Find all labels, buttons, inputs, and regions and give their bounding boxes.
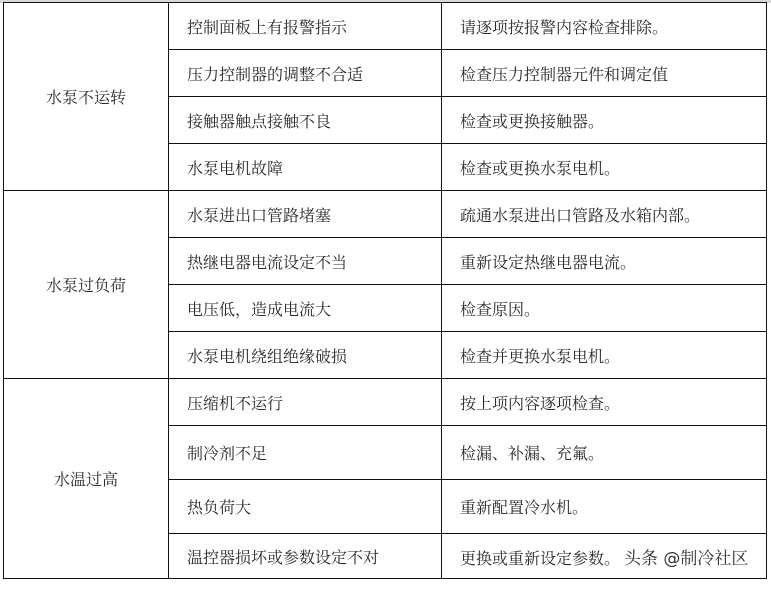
solution-cell: 按上项内容逐项检查。 xyxy=(442,379,767,426)
table-row: 水泵不运转 控制面板上有报警指示 请逐项按报警内容检查排除。 xyxy=(4,3,767,50)
cause-cell: 水泵电机故障 xyxy=(169,144,442,191)
cause-cell: 压缩机不运行 xyxy=(169,379,442,426)
solution-cell: 检查原因。 xyxy=(442,285,767,332)
solution-cell: 更换或重新设定参数。头条 @制冷社区 xyxy=(442,534,767,579)
cause-cell: 电压低，造成电流大 xyxy=(169,285,442,332)
cause-cell: 热继电器电流设定不当 xyxy=(169,238,442,285)
solution-cell: 疏通水泵进出口管路及水箱内部。 xyxy=(442,191,767,238)
cause-cell: 温控器损坏或参数设定不对 xyxy=(169,534,442,579)
table-row: 水温过高 压缩机不运行 按上项内容逐项检查。 xyxy=(4,379,767,426)
category-cell: 水泵不运转 xyxy=(4,3,169,191)
solution-text: 更换或重新设定参数。 xyxy=(460,549,620,568)
solution-cell: 检查并更换水泵电机。 xyxy=(442,332,767,379)
table-row: 水泵过负荷 水泵进出口管路堵塞 疏通水泵进出口管路及水箱内部。 xyxy=(4,191,767,238)
solution-cell: 请逐项按报警内容检查排除。 xyxy=(442,3,767,50)
cause-cell: 接触器触点接触不良 xyxy=(169,97,442,144)
cause-cell: 水泵进出口管路堵塞 xyxy=(169,191,442,238)
category-cell: 水泵过负荷 xyxy=(4,191,169,379)
solution-cell: 检查压力控制器元件和调定值 xyxy=(442,50,767,97)
solution-cell: 重新设定热继电器电流。 xyxy=(442,238,767,285)
category-cell: 水温过高 xyxy=(4,379,169,579)
solution-cell: 重新配置冷水机。 xyxy=(442,480,767,534)
cause-cell: 压力控制器的调整不合适 xyxy=(169,50,442,97)
cause-cell: 制冷剂不足 xyxy=(169,426,442,480)
cause-cell: 热负荷大 xyxy=(169,480,442,534)
cause-cell: 控制面板上有报警指示 xyxy=(169,3,442,50)
cause-cell: 水泵电机绕组绝缘破损 xyxy=(169,332,442,379)
solution-cell: 检查或更换接触器。 xyxy=(442,97,767,144)
solution-cell: 检漏、补漏、充氟。 xyxy=(442,426,767,480)
solution-cell: 检查或更换水泵电机。 xyxy=(442,144,767,191)
watermark: 头条 @制冷社区 xyxy=(624,549,748,569)
troubleshooting-table: 水泵不运转 控制面板上有报警指示 请逐项按报警内容检查排除。 压力控制器的调整不… xyxy=(3,2,767,579)
